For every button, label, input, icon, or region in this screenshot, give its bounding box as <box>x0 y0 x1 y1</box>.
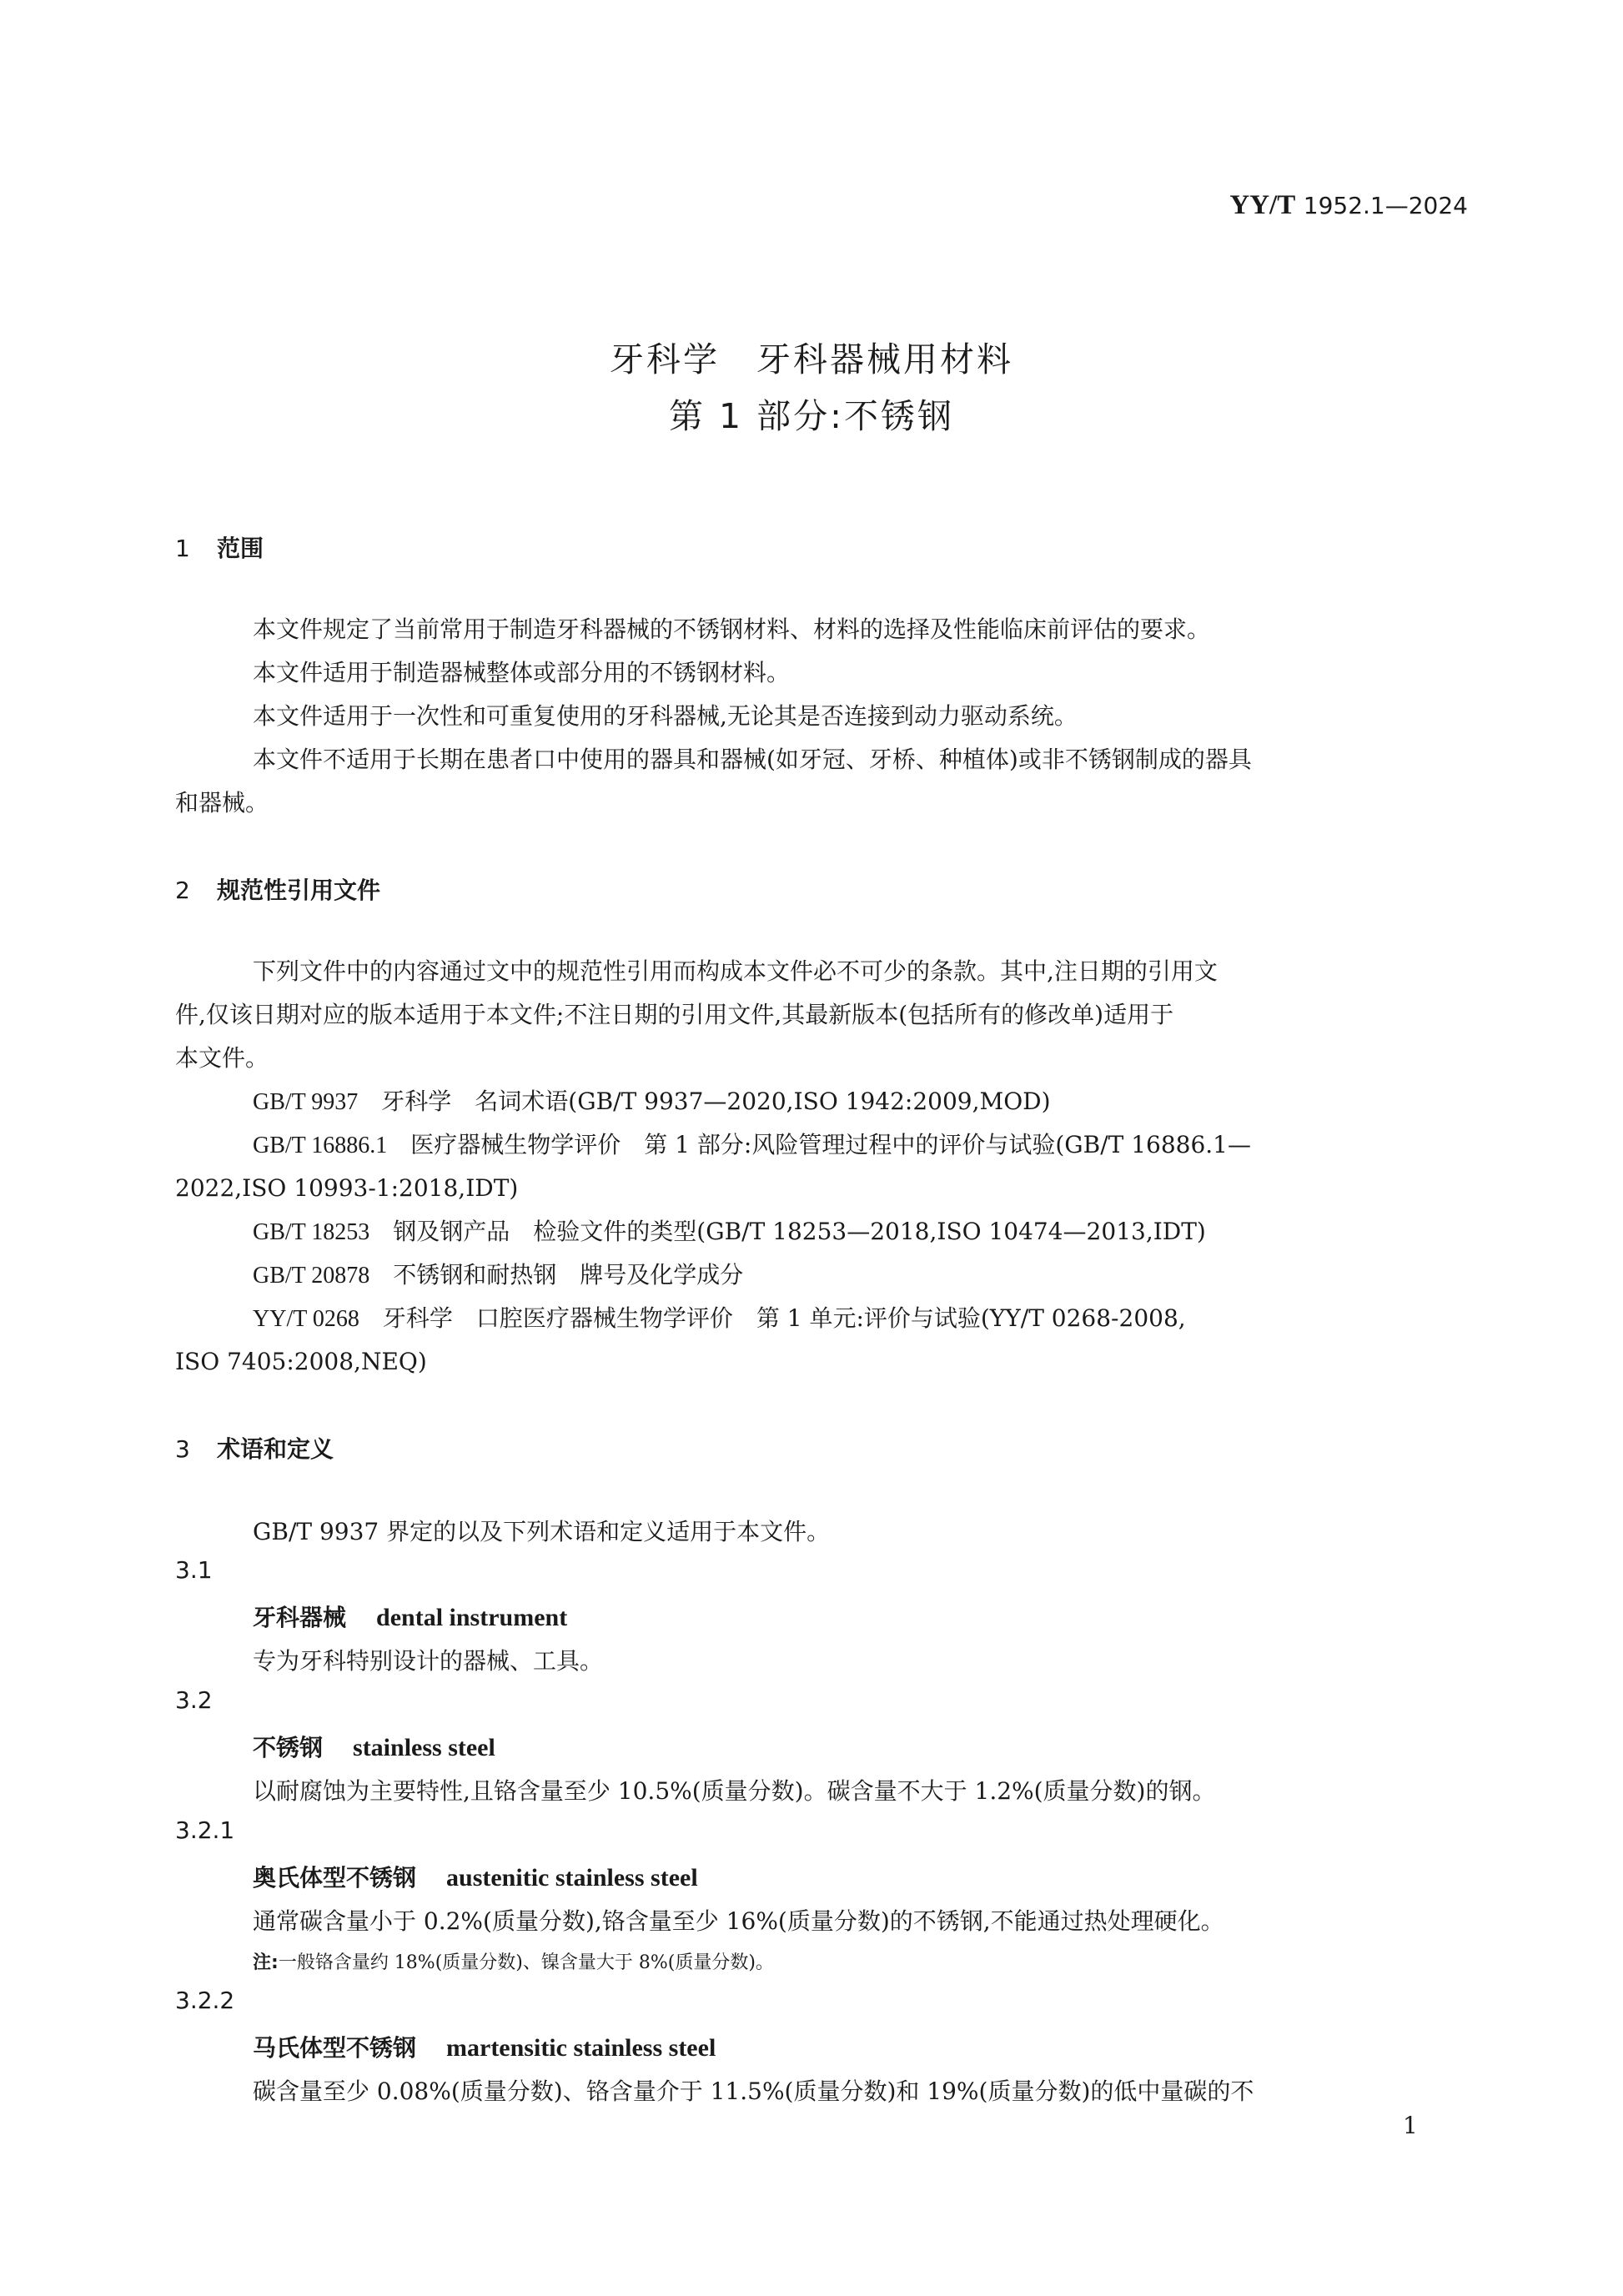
reference-item: GB/T 20878不锈钢和耐热钢 牌号及化学成分 <box>253 1256 1454 1294</box>
reference-code: GB/T 9937 <box>253 1089 358 1115</box>
reference-code: GB/T 16886.1 <box>253 1133 387 1158</box>
section-heading-scope: 1范围 <box>175 530 264 564</box>
reference-code: YY/T 0268 <box>253 1306 359 1332</box>
paragraph-continuation: 本文件。 <box>175 1039 1451 1077</box>
standard-prefix: YY/T <box>1229 190 1295 220</box>
paragraph-continuation: 件,仅该日期对应的版本适用于本文件;不注日期的引用文件,其最新版本(包括所有的修… <box>175 996 1451 1033</box>
clause-number: 3.2.1 <box>175 1816 234 1844</box>
section-title: 术语和定义 <box>217 1435 334 1463</box>
term-definition: 专为牙科特别设计的器械、工具。 <box>253 1643 603 1676</box>
term-zh: 马氏体型不锈钢 <box>253 2034 416 2062</box>
term-en: austenitic stainless steel <box>446 1864 698 1892</box>
standard-number: 1952.1—2024 <box>1304 192 1468 219</box>
paragraph: 本文件规定了当前常用于制造牙科器械的不锈钢材料、材料的选择及性能临床前评估的要求… <box>253 610 1454 648</box>
term-zh: 牙科器械 <box>253 1604 346 1631</box>
term-note: 注:一般铬含量约 18%(质量分数)、镍含量大于 8%(质量分数)。 <box>253 1948 774 1974</box>
paragraph: 本文件适用于制造器械整体或部分用的不锈钢材料。 <box>253 654 1454 691</box>
term-en: stainless steel <box>353 1734 495 1761</box>
paragraph: GB/T 9937 界定的以及下列术语和定义适用于本文件。 <box>253 1513 1454 1550</box>
section-number: 1 <box>175 535 217 562</box>
document-title-line-2: 第 1 部分:不锈钢 <box>0 389 1623 438</box>
term-definition: 以耐腐蚀为主要特性,且铬含量至少 10.5%(质量分数)。碳含量不大于 1.2%… <box>253 1773 1216 1806</box>
section-title: 规范性引用文件 <box>217 877 380 904</box>
term-zh: 奥氏体型不锈钢 <box>253 1864 416 1892</box>
section-heading-terms-definitions: 3术语和定义 <box>175 1431 334 1465</box>
term-definition: 碳含量至少 0.08%(质量分数)、铬含量介于 11.5%(质量分数)和 19%… <box>253 2073 1254 2107</box>
term-entry: 牙科器械dental instrument <box>253 1600 567 1633</box>
term-definition: 通常碳含量小于 0.2%(质量分数),铬含量至少 16%(质量分数)的不锈钢,不… <box>253 1903 1224 1937</box>
reference-title: 牙科学 名词术语(GB/T 9937—2020,ISO 1942:2009,MO… <box>381 1088 1050 1115</box>
reference-title: 钢及钢产品 检验文件的类型(GB/T 18253—2018,ISO 10474—… <box>393 1218 1206 1245</box>
document-title-line-1: 牙科学 牙科器械用材料 <box>0 332 1623 381</box>
reference-code: GB/T 20878 <box>253 1263 369 1289</box>
note-label: 注: <box>253 1952 279 1973</box>
term-en: martensitic stainless steel <box>446 2034 716 2062</box>
reference-continuation: 2022,ISO 10993-1:2018,IDT) <box>175 1169 1451 1207</box>
clause-number: 3.1 <box>175 1556 213 1584</box>
paragraph: 本文件适用于一次性和可重复使用的牙科器械,无论其是否连接到动力驱动系统。 <box>253 697 1454 735</box>
reference-item: GB/T 16886.1医疗器械生物学评价 第 1 部分:风险管理过程中的评价与… <box>253 1126 1454 1164</box>
clause-number: 3.2.2 <box>175 1987 234 2014</box>
term-zh: 不锈钢 <box>253 1734 323 1761</box>
section-number: 3 <box>175 1435 217 1463</box>
term-entry: 马氏体型不锈钢martensitic stainless steel <box>253 2030 716 2063</box>
clause-number: 3.2 <box>175 1686 213 1714</box>
reference-title: 不锈钢和耐热钢 牌号及化学成分 <box>393 1261 743 1289</box>
reference-code: GB/T 18253 <box>253 1219 369 1245</box>
section-number: 2 <box>175 877 217 904</box>
standard-code: YY/T 1952.1—2024 <box>1229 190 1468 221</box>
paragraph: 本文件不适用于长期在患者口中使用的器具和器械(如牙冠、牙桥、种植体)或非不锈钢制… <box>253 741 1454 778</box>
paragraph-continuation: 和器械。 <box>175 784 1451 821</box>
reference-title: 牙科学 口腔医疗器械生物学评价 第 1 单元:评价与试验(YY/T 0268-2… <box>383 1304 1186 1332</box>
term-entry: 不锈钢stainless steel <box>253 1730 495 1763</box>
section-heading-normative-references: 2规范性引用文件 <box>175 872 380 906</box>
term-entry: 奥氏体型不锈钢austenitic stainless steel <box>253 1860 698 1893</box>
reference-item: GB/T 9937牙科学 名词术语(GB/T 9937—2020,ISO 194… <box>253 1083 1454 1121</box>
reference-continuation: ISO 7405:2008,NEQ) <box>175 1343 1451 1380</box>
reference-title: 医疗器械生物学评价 第 1 部分:风险管理过程中的评价与试验(GB/T 1688… <box>410 1131 1251 1158</box>
reference-item: YY/T 0268牙科学 口腔医疗器械生物学评价 第 1 单元:评价与试验(YY… <box>253 1299 1454 1338</box>
section-title: 范围 <box>217 535 264 562</box>
reference-item: GB/T 18253钢及钢产品 检验文件的类型(GB/T 18253—2018,… <box>253 1213 1454 1251</box>
paragraph: 下列文件中的内容通过文中的规范性引用而构成本文件必不可少的条款。其中,注日期的引… <box>253 952 1454 990</box>
note-text: 一般铬含量约 18%(质量分数)、镍含量大于 8%(质量分数)。 <box>279 1952 774 1973</box>
term-en: dental instrument <box>376 1604 567 1631</box>
page-number: 1 <box>1403 2112 1418 2139</box>
